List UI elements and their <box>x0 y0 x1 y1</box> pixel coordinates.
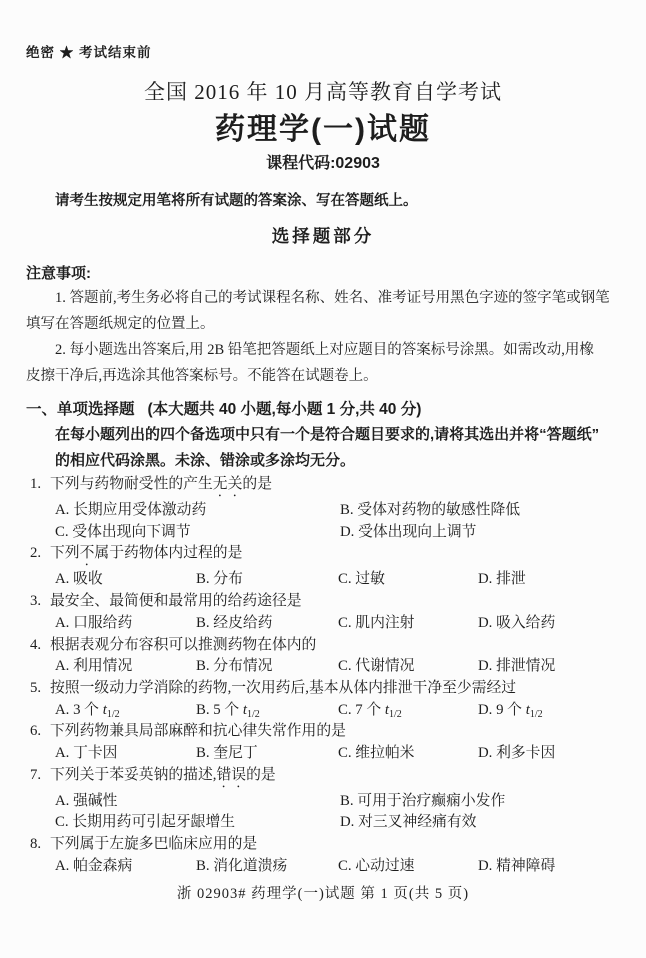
paper-title: 药理学(一)试题 <box>26 110 620 150</box>
q5-option-b: B. 5 个 t1/2 <box>196 700 338 722</box>
q3-option-b: B. 经皮给药 <box>196 613 338 635</box>
question-1-options-row-2: C. 受体出现向下调节 D. 受体出现向上调节 <box>55 522 620 544</box>
question-4-number: 4. <box>30 635 50 657</box>
option-text: D. 9 个 <box>478 702 526 718</box>
stem-text: 的是 <box>242 476 272 492</box>
q2-option-c: C. 过敏 <box>338 569 478 591</box>
question-4-options-row: A. 利用情况 B. 分布情况 C. 代谢情况 D. 排泄情况 <box>55 656 620 678</box>
q4-option-a: A. 利用情况 <box>55 656 196 678</box>
notes-heading: 注意事项: <box>26 263 620 285</box>
question-2-text: 下列不属于药物体内过程的是 <box>50 543 242 569</box>
note-1-line-2: 填写在答题纸规定的位置上。 <box>26 311 620 337</box>
question-3-text: 最安全、最简便和最常用的给药途径是 <box>50 591 302 613</box>
q8-option-b: B. 消化道溃疡 <box>196 856 338 878</box>
question-4-text: 根据表观分布容积可以推测药物在体内的 <box>50 635 316 657</box>
q2-option-d: D. 排泄 <box>478 569 620 591</box>
q5-option-d: D. 9 个 t1/2 <box>478 700 620 722</box>
question-5-options-row: A. 3 个 t1/2 B. 5 个 t1/2 C. 7 个 t1/2 D. 9… <box>55 700 620 722</box>
stem-text: 下列 <box>50 545 80 561</box>
q8-option-d: D. 精神障碍 <box>478 856 620 878</box>
note-item-2: 2. 每小题选出答案后,用 2B 铅笔把答题纸上对应题目的答案标号涂黑。如需改动… <box>26 337 620 389</box>
section-title: 选择题部分 <box>26 224 620 248</box>
stem-emphasized-text: 无关 <box>213 476 243 492</box>
q4-option-b: B. 分布情况 <box>196 656 338 678</box>
stem-text: 最安全、最简便和最常用的给药途径是 <box>50 593 302 609</box>
stem-text: 的是 <box>246 767 276 783</box>
question-3-options-row: A. 口服给药 B. 经皮给药 C. 肌内注射 D. 吸入给药 <box>55 613 620 635</box>
q3-option-c: C. 肌内注射 <box>338 613 478 635</box>
q8-option-a: A. 帕金森病 <box>55 856 196 878</box>
q6-option-c: C. 维拉帕米 <box>338 743 478 765</box>
question-1-options-row-1: A. 长期应用受体激动药 B. 受体对药物的敏感性降低 <box>55 500 620 522</box>
q5-option-c: C. 7 个 t1/2 <box>338 700 478 722</box>
question-6-options-row: A. 丁卡因 B. 奎尼丁 C. 维拉帕米 D. 利多卡因 <box>55 743 620 765</box>
q3-option-a: A. 口服给药 <box>55 613 196 635</box>
part-one-heading: 一、单项选择题(本大题共 40 小题,每小题 1 分,共 40 分) <box>26 397 620 422</box>
question-2-number: 2. <box>30 543 50 569</box>
q7-option-c: C. 长期用药可引起牙龈增生 <box>55 812 340 834</box>
half-life-subscript: 1/2 <box>247 709 260 720</box>
question-1-number: 1. <box>30 474 50 500</box>
question-5-text: 按照一级动力学消除的药物,一次用药后,基本从体内排泄干净至少需经过 <box>50 678 516 700</box>
q4-option-d: D. 排泄情况 <box>478 656 620 678</box>
q2-option-b: B. 分布 <box>196 569 338 591</box>
question-8-text: 下列属于左旋多巴临床应用的是 <box>50 834 257 856</box>
question-6-number: 6. <box>30 721 50 743</box>
q7-option-a: A. 强碱性 <box>55 791 340 813</box>
question-7-options-row-1: A. 强碱性 B. 可用于治疗癫痫小发作 <box>55 791 620 813</box>
stem-emphasized-text: 不 <box>80 545 95 561</box>
part-one-instruction-line-2: 的相应代码涂黑。未涂、错涂或多涂均无分。 <box>55 448 620 474</box>
question-4-stem: 4. 根据表观分布容积可以推测药物在体内的 <box>26 635 620 657</box>
question-1-stem: 1. 下列与药物耐受性的产生无关的是 <box>26 474 620 500</box>
q2-option-a: A. 吸收 <box>55 569 196 591</box>
part-one-title: 一、单项选择题 <box>26 401 135 418</box>
q1-option-c: C. 受体出现向下调节 <box>55 522 340 544</box>
question-8-stem: 8. 下列属于左旋多巴临床应用的是 <box>26 834 620 856</box>
stem-text: 下列属于左旋多巴临床应用的是 <box>50 836 257 852</box>
option-text: A. 3 个 <box>55 702 103 718</box>
note-1-line-1: 1. 答题前,考生务必将自己的考试课程名称、姓名、准考证号用黑色字迹的签字笔或钢… <box>26 285 620 311</box>
question-7-stem: 7. 下列关于苯妥英钠的描述,错误的是 <box>26 765 620 791</box>
q6-option-b: B. 奎尼丁 <box>196 743 338 765</box>
question-1-text: 下列与药物耐受性的产生无关的是 <box>50 474 272 500</box>
part-one-instruction: 在每小题列出的四个备选项中只有一个是符合题目要求的,请将其选出并将“答题纸” 的… <box>55 422 620 473</box>
question-3-stem: 3. 最安全、最简便和最常用的给药途径是 <box>26 591 620 613</box>
note-2-line-1: 2. 每小题选出答案后,用 2B 铅笔把答题纸上对应题目的答案标号涂黑。如需改动… <box>26 337 620 363</box>
q6-option-a: A. 丁卡因 <box>55 743 196 765</box>
half-life-subscript: 1/2 <box>389 709 402 720</box>
question-8-number: 8. <box>30 834 50 856</box>
option-text: B. 5 个 <box>196 702 243 718</box>
question-7-options-row-2: C. 长期用药可引起牙龈增生 D. 对三叉神经痛有效 <box>55 812 620 834</box>
question-list: 1. 下列与药物耐受性的产生无关的是 A. 长期应用受体激动药 B. 受体对药物… <box>26 474 620 878</box>
question-6-stem: 6. 下列药物兼具局部麻醉和抗心律失常作用的是 <box>26 721 620 743</box>
half-life-subscript: 1/2 <box>530 709 543 720</box>
page-footer: 浙 02903# 药理学(一)试题 第 1 页(共 5 页) <box>26 884 620 904</box>
question-7-text: 下列关于苯妥英钠的描述,错误的是 <box>50 765 276 791</box>
q1-option-b: B. 受体对药物的敏感性降低 <box>340 500 620 522</box>
q5-option-a: A. 3 个 t1/2 <box>55 700 196 722</box>
question-8-options-row: A. 帕金森病 B. 消化道溃疡 C. 心动过速 D. 精神障碍 <box>55 856 620 878</box>
stem-emphasized-text: 错误 <box>216 767 246 783</box>
note-item-1: 1. 答题前,考生务必将自己的考试课程名称、姓名、准考证号用黑色字迹的签字笔或钢… <box>26 285 620 337</box>
q1-option-d: D. 受体出现向上调节 <box>340 522 620 544</box>
q8-option-c: C. 心动过速 <box>338 856 478 878</box>
question-7-number: 7. <box>30 765 50 791</box>
stem-text: 按照一级动力学消除的药物,一次用药后,基本从体内排泄干净至少需经过 <box>50 680 516 696</box>
q3-option-d: D. 吸入给药 <box>478 613 620 635</box>
part-one-score-note: (本大题共 40 小题,每小题 1 分,共 40 分) <box>148 401 422 418</box>
q7-option-b: B. 可用于治疗癫痫小发作 <box>340 791 620 813</box>
stem-text: 下列与药物耐受性的产生 <box>50 476 213 492</box>
stem-text: 下列药物兼具局部麻醉和抗心律失常作用的是 <box>50 723 346 739</box>
question-5-stem: 5. 按照一级动力学消除的药物,一次用药后,基本从体内排泄干净至少需经过 <box>26 678 620 700</box>
classification-label: 绝密 ★ 考试结束前 <box>26 44 620 62</box>
exam-title: 全国 2016 年 10 月高等教育自学考试 <box>26 78 620 106</box>
answer-sheet-notice: 请考生按规定用笔将所有试题的答案涂、写在答题纸上。 <box>26 190 620 212</box>
question-3-number: 3. <box>30 591 50 613</box>
q6-option-d: D. 利多卡因 <box>478 743 620 765</box>
stem-text: 根据表观分布容积可以推测药物在体内的 <box>50 637 316 653</box>
q1-option-a: A. 长期应用受体激动药 <box>55 500 340 522</box>
question-2-options-row: A. 吸收 B. 分布 C. 过敏 D. 排泄 <box>55 569 620 591</box>
option-text: C. 7 个 <box>338 702 385 718</box>
question-6-text: 下列药物兼具局部麻醉和抗心律失常作用的是 <box>50 721 346 743</box>
question-2-stem: 2. 下列不属于药物体内过程的是 <box>26 543 620 569</box>
stem-text: 属于药物体内过程的是 <box>94 545 242 561</box>
part-one-instruction-line-1: 在每小题列出的四个备选项中只有一个是符合题目要求的,请将其选出并将“答题纸” <box>55 422 620 448</box>
stem-text: 下列关于苯妥英钠的描述, <box>50 767 216 783</box>
q7-option-d: D. 对三叉神经痛有效 <box>340 812 620 834</box>
q4-option-c: C. 代谢情况 <box>338 656 478 678</box>
question-5-number: 5. <box>30 678 50 700</box>
exam-paper-page: 绝密 ★ 考试结束前 全国 2016 年 10 月高等教育自学考试 药理学(一)… <box>0 0 646 958</box>
note-2-line-2: 皮擦干净后,再选涂其他答案标号。不能答在试题卷上。 <box>26 363 620 389</box>
half-life-subscript: 1/2 <box>107 709 120 720</box>
course-code: 课程代码:02903 <box>26 153 620 175</box>
